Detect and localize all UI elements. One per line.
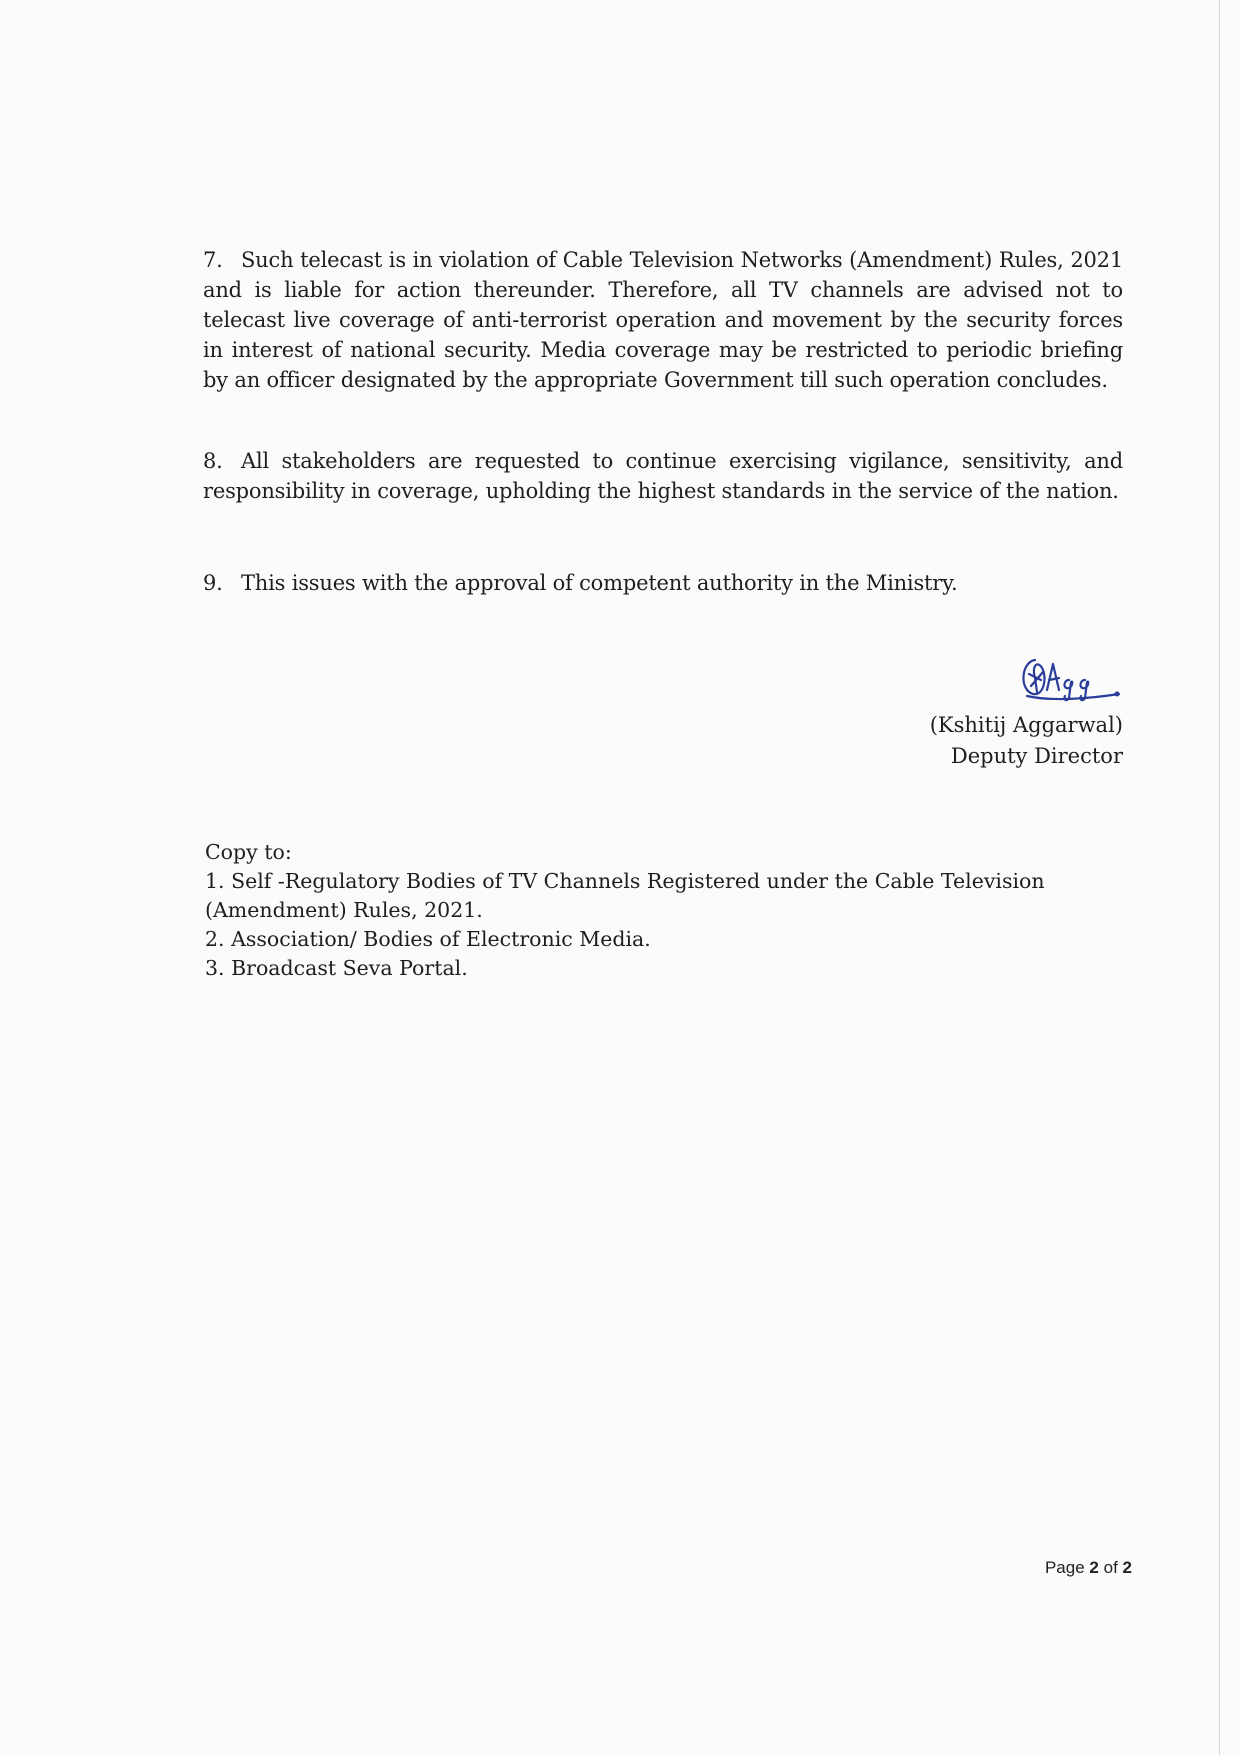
page-label: Page bbox=[1045, 1558, 1085, 1577]
total-pages: 2 bbox=[1123, 1558, 1132, 1577]
signatory-title: Deputy Director bbox=[930, 741, 1123, 772]
copy-to-item: 2. Association/ Bodies of Electronic Med… bbox=[205, 925, 1125, 954]
signature-icon bbox=[1013, 650, 1133, 706]
paragraph-number: 7. bbox=[203, 245, 241, 275]
copy-to-section: Copy to: 1. Self -Regulatory Bodies of T… bbox=[205, 838, 1125, 983]
paragraph-7: 7.Such telecast is in violation of Cable… bbox=[203, 245, 1123, 395]
scan-edge bbox=[1219, 0, 1220, 1755]
current-page: 2 bbox=[1089, 1558, 1098, 1577]
paragraph-text: All stakeholders are requested to contin… bbox=[203, 449, 1123, 503]
paragraph-8: 8.All stakeholders are requested to cont… bbox=[203, 446, 1123, 506]
copy-to-item: 3. Broadcast Seva Portal. bbox=[205, 954, 1125, 983]
paragraph-9: 9.This issues with the approval of compe… bbox=[203, 568, 1123, 598]
copy-to-heading: Copy to: bbox=[205, 838, 1125, 867]
page-number: Page 2 of 2 bbox=[1045, 1558, 1132, 1578]
of-label: of bbox=[1104, 1558, 1118, 1577]
signature-block: (Kshitij Aggarwal) Deputy Director bbox=[930, 650, 1123, 772]
paragraph-number: 8. bbox=[203, 446, 241, 476]
signatory-name: (Kshitij Aggarwal) bbox=[930, 710, 1123, 741]
copy-to-item: 1. Self -Regulatory Bodies of TV Channel… bbox=[205, 867, 1125, 925]
paragraph-text: Such telecast is in violation of Cable T… bbox=[203, 248, 1123, 392]
paragraph-number: 9. bbox=[203, 568, 241, 598]
paragraph-text: This issues with the approval of compete… bbox=[241, 571, 957, 595]
